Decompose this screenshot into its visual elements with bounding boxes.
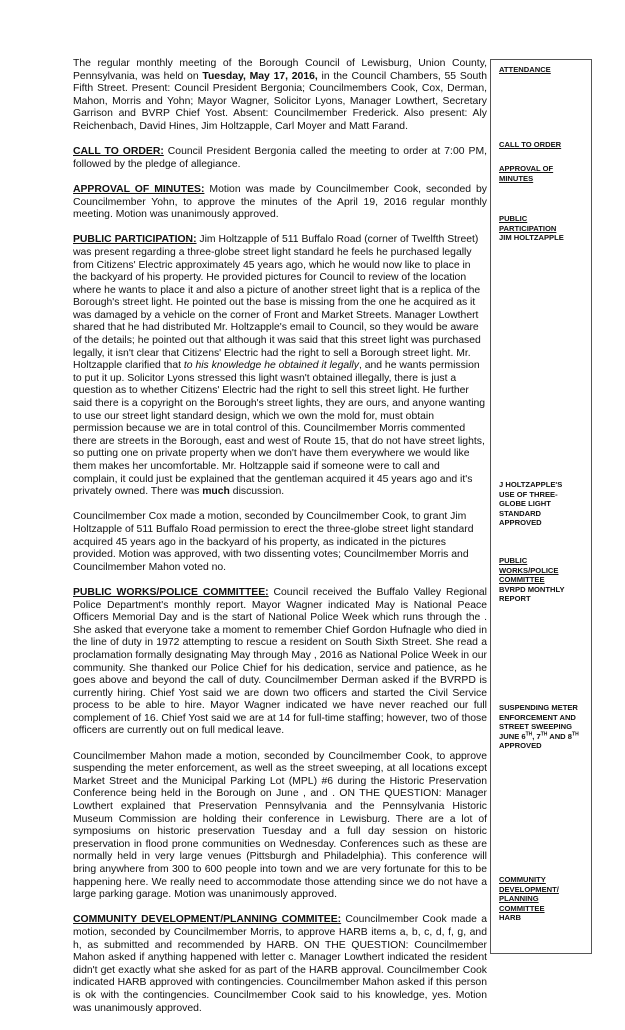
holtzapple-motion-paragraph: Councilmember Cox made a motion, seconde… bbox=[73, 511, 487, 574]
public-participation-paragraph: PUBLIC PARTICIPATION: Jim Holtzapple of … bbox=[73, 234, 487, 498]
minutes-body: The regular monthly meeting of the Borou… bbox=[73, 58, 487, 1028]
note-call-to-order: CALL TO ORDER bbox=[499, 140, 591, 150]
section-heading: PUBLIC PARTICIPATION: bbox=[73, 234, 197, 245]
note-attendance: ATTENDANCE bbox=[499, 65, 591, 75]
section-heading: APPROVAL OF MINUTES: bbox=[73, 184, 204, 195]
note-holtzapple-approved: J HOLTZAPPLE'S USE OF THREE- GLOBE LIGHT… bbox=[499, 480, 591, 528]
margin-notes-box: ATTENDANCE CALL TO ORDER APPROVAL OF MIN… bbox=[490, 59, 592, 954]
section-heading: COMMUNITY DEVELOPMENT/PLANNING COMMITEE: bbox=[73, 914, 341, 925]
meter-motion-paragraph: Councilmember Mahon made a motion, secon… bbox=[73, 751, 487, 902]
note-suspending-meter: SUSPENDING METER ENFORCEMENT AND STREET … bbox=[499, 703, 591, 751]
call-to-order-paragraph: CALL TO ORDER: Council President Bergoni… bbox=[73, 146, 487, 171]
meeting-date: Tuesday, May 17, 2016, bbox=[202, 71, 317, 82]
note-community-development: COMMUNITY DEVELOPMENT/ PLANNING COMMITTE… bbox=[499, 875, 591, 923]
approval-paragraph: APPROVAL OF MINUTES: Motion was made by … bbox=[73, 184, 487, 222]
note-public-participation: PUBLIC PARTICIPATION JIM HOLTZAPPLE bbox=[499, 214, 591, 243]
attendance-paragraph: The regular monthly meeting of the Borou… bbox=[73, 58, 487, 134]
note-public-works: PUBLIC WORKS/POLICE COMMITTEE BVRPD MONT… bbox=[499, 556, 591, 604]
note-approval-of-minutes: APPROVAL OF MINUTES bbox=[499, 164, 591, 183]
public-works-paragraph: PUBLIC WORKS/POLICE COMMITTEE: Council r… bbox=[73, 587, 487, 738]
community-development-paragraph: COMMUNITY DEVELOPMENT/PLANNING COMMITEE:… bbox=[73, 914, 487, 1015]
section-heading: CALL TO ORDER: bbox=[73, 146, 164, 157]
section-heading: PUBLIC WORKS/POLICE COMMITTEE: bbox=[73, 587, 269, 598]
